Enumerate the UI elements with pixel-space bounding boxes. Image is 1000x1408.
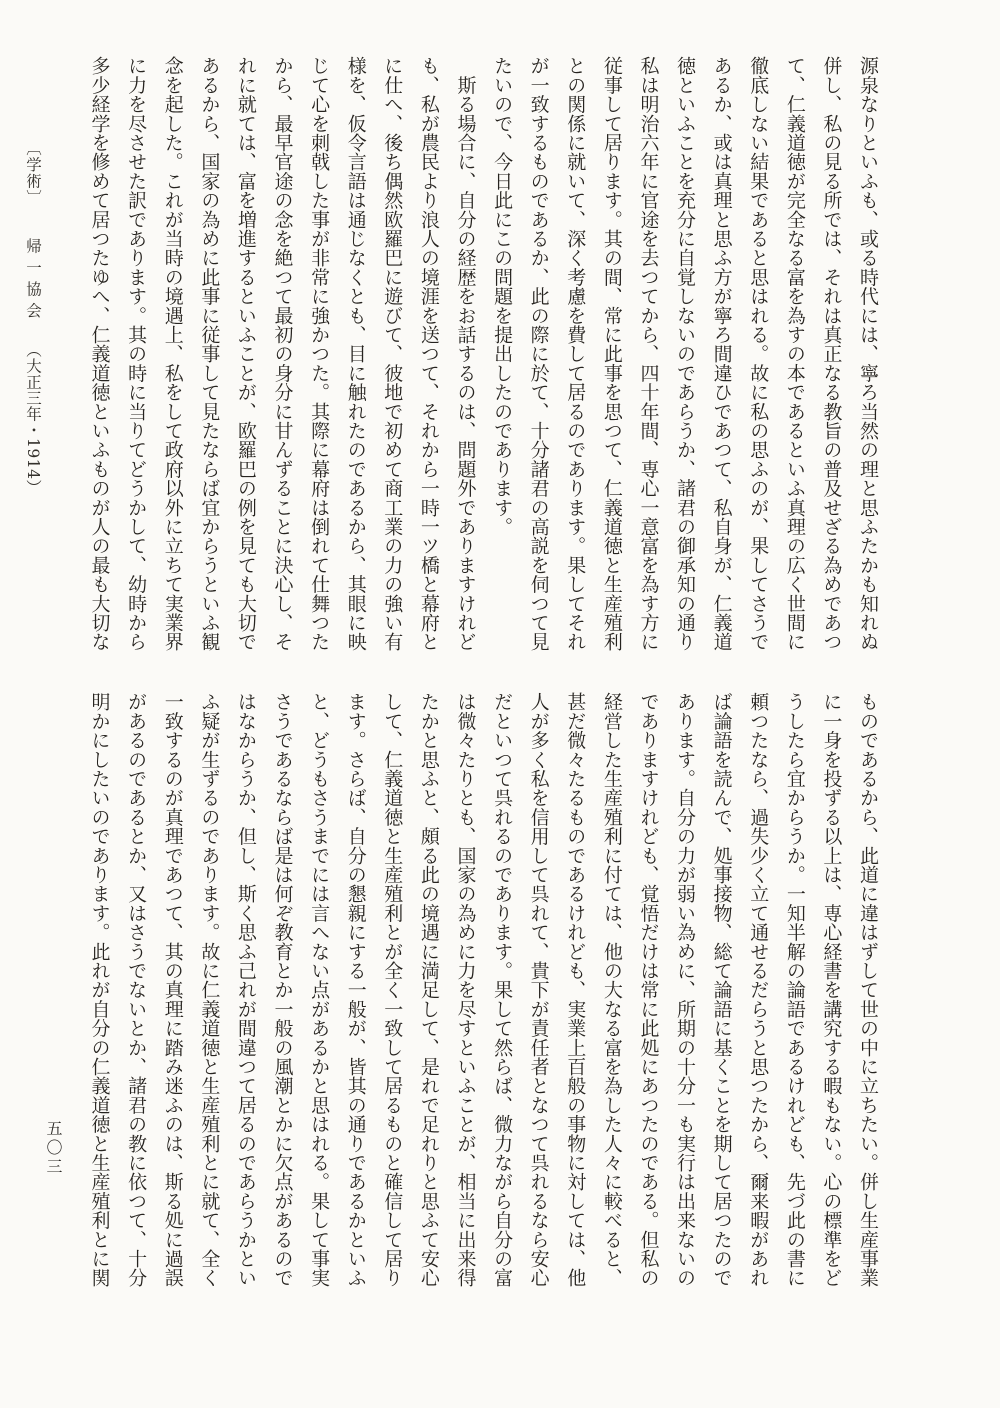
section-label: 〔学術〕	[24, 140, 42, 206]
text-column: 源泉なりといふも、或る時代には、寧ろ当然の理と思ふたかも知れぬ	[849, 56, 886, 658]
text-column: 人が多く私を信用して呉れて、貴下が責任者となつて呉れるなら安心	[520, 692, 557, 1294]
date-note: （大正三年・1914）	[24, 342, 42, 495]
page-number: 五〇三	[42, 1120, 65, 1177]
text-column: 甚だ微々たるものであるけれども、実業上百般の事物に対しては、他	[557, 692, 594, 1294]
text-column: 併し、私の見る所では、それは真正なる教旨の普及せざる為めであつ	[813, 56, 850, 658]
text-column: に力を尽させた訳であります。其の時に当りてどうかして、幼時から	[118, 56, 155, 658]
text-column: ます。さらば、自分の懇親にする一般が、皆其の通りであるかといふ	[337, 692, 374, 1294]
text-column: たかと思ふと、頗る此の境遇に満足して、是れで足れりと思ふて安心	[410, 692, 447, 1294]
text-column: も、私が農民より浪人の境涯を送つて、それから一時一ツ橋と幕府と	[410, 56, 447, 658]
text-column: はなからうか、但し、斯く思ふ己れが間違つて居るのであらうかとい	[227, 692, 264, 1294]
text-column: 様を、仮令言語は通じなくとも、目に触れたのであるから、其眼に映	[337, 56, 374, 658]
text-column: あるか、或は真理と思ふ方が寧ろ間違ひであつて、私自身が、仁義道	[703, 56, 740, 658]
text-column: 多少経学を修めて居つたゆへ、仁義道徳といふものが人の最も大切な	[81, 56, 118, 658]
text-column: ば論語を読んで、処事接物、総て論語に基くことを期して居つたので	[703, 692, 740, 1294]
text-column: あるから、国家の為めに此事に従事して見たならば宜からうといふ観	[191, 56, 228, 658]
text-column: との関係に就いて、深く考慮を費して居るのであります。果してそれ	[557, 56, 594, 658]
text-column: あります。自分の力が弱い為めに、所期の十分一も実行は出来ないの	[666, 692, 703, 1294]
text-column: ふ疑が生ずるのであります。故に仁義道徳と生産殖利とに就て、全く	[191, 692, 228, 1294]
document-title: 帰一協会	[24, 238, 42, 324]
top-text-block: 源泉なりといふも、或る時代には、寧ろ当然の理と思ふたかも知れぬ併し、私の見る所で…	[81, 56, 886, 658]
text-column: さうであるならば是は何ぞ教育とか一般の風潮とかに欠点があるので	[264, 692, 301, 1294]
text-column: 斯る場合に、自分の経歴をお話するのは、問題外でありますけれど	[447, 56, 484, 658]
text-column: 徹底しない結果であると思はれる。故に私の思ふのが、果してさうで	[740, 56, 777, 658]
text-column: 経営した生産殖利に付ては、他の大なる富を為した人々に較べると、	[593, 692, 630, 1294]
running-header: 〔学術〕 帰一協会 （大正三年・1914）	[22, 140, 44, 500]
text-column: 明かにしたいのであります。此れが自分の仁義道徳と生産殖利とに関	[81, 692, 118, 1294]
text-column: があるのであるとか、又はさうでないとか、諸君の教に依つて、十分	[118, 692, 155, 1294]
text-column: て、仁義道徳が完全なる富を為すの本であるといふ真理の広く世間に	[776, 56, 813, 658]
text-column: が一致するものであるか、此の際に於て、十分諸君の高説を伺つて見	[520, 56, 557, 658]
text-column: に一身を投ずる以上は、専心経書を講究する暇もない。心の標準をど	[813, 692, 850, 1294]
text-column: でありますけれども、覚悟だけは常に此処にあつたのである。但私の	[630, 692, 667, 1294]
text-column: 従事して居ります。其の間、常に此事を思つて、仁義道徳と生産殖利	[593, 56, 630, 658]
text-column: たいので、今日此にこの問題を提出したのであります。	[483, 56, 520, 658]
text-column: は微々たりとも、国家の為めに力を尽すといふことが、相当に出来得	[447, 692, 484, 1294]
text-column: 一致するのが真理であつて、其の真理に踏み迷ふのは、斯る処に過誤	[154, 692, 191, 1294]
text-column: じて心を刺戟した事が非常に強かつた。其際に幕府は倒れて仕舞つた	[301, 56, 338, 658]
text-column: れに就ては、富を増進するといふことが、欧羅巴の例を見ても大切で	[227, 56, 264, 658]
text-column: ものであるから、此道に違はずして世の中に立ちたい。併し生産事業	[849, 692, 886, 1294]
text-column: と、どうもさうまでには言へない点があるかと思はれる。果して事実	[301, 692, 338, 1294]
text-column: に仕へ、後ち偶然欧羅巴に遊びて、彼地で初めて商工業の力の強い有	[374, 56, 411, 658]
text-column: うしたら宜からうか。一知半解の論語であるけれども、先づ此の書に	[776, 692, 813, 1294]
document-page: 源泉なりといふも、或る時代には、寧ろ当然の理と思ふたかも知れぬ併し、私の見る所で…	[0, 0, 1000, 1408]
text-column: から、最早官途の念を絶つて最初の身分に甘んずることに決心し、そ	[264, 56, 301, 658]
text-column: 頼つたなら、過失少く立て通せるだらうと思つたから、爾来暇があれ	[740, 692, 777, 1294]
text-column: 念を起した。これが当時の境遇上、私をして政府以外に立ちて実業界	[154, 56, 191, 658]
text-column: 徳といふことを充分に自覚しないのであらうか、諸君の御承知の通り	[666, 56, 703, 658]
text-column: だといつて呉れるのであります。果して然らば、微力ながら自分の富	[483, 692, 520, 1294]
text-column: して、仁義道徳と生産殖利とが全く一致して居るものと確信して居り	[374, 692, 411, 1294]
text-column: 私は明治六年に官途を去つてから、四十年間、専心一意富を為す方に	[630, 56, 667, 658]
bottom-text-block: ものであるから、此道に違はずして世の中に立ちたい。併し生産事業に一身を投ずる以上…	[81, 692, 886, 1294]
